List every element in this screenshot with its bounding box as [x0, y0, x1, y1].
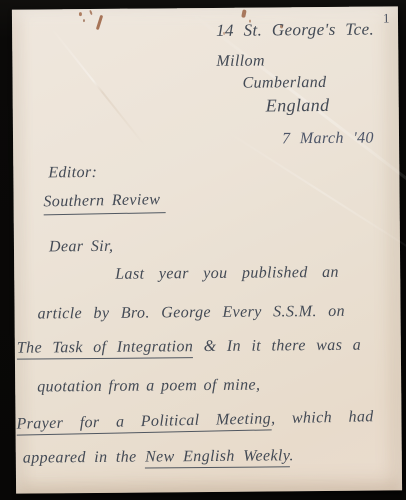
address-line-street: 14 St. George's Tce. — [216, 20, 374, 41]
poem-title: Prayer for a Political Meeting — [16, 410, 271, 435]
foxing-stain — [96, 15, 103, 30]
body-text: & In it there was a — [193, 337, 361, 355]
address-line-country: England — [266, 95, 330, 116]
page-number: 1 — [383, 8, 390, 28]
date-line: 7 March '40 — [282, 129, 374, 150]
body-text: Last year you published an — [115, 264, 339, 283]
letter-paper: 1 14 St. George's Tce. Millom Cumberland… — [12, 6, 402, 493]
body-text: . — [289, 447, 294, 464]
article-title: The Task of Integration — [17, 338, 194, 360]
foxing-stain — [83, 19, 85, 22]
paper-crease — [50, 27, 145, 146]
body-line-1: Last year you published an — [115, 263, 339, 285]
journal-title: New English Weekly — [145, 447, 290, 468]
recipient-label: Editor: — [48, 163, 97, 183]
body-line-6: appeared in the New English Weekly. — [23, 446, 294, 468]
body-text: , which had — [271, 408, 374, 427]
photo-background: 1 14 St. George's Tce. Millom Cumberland… — [0, 0, 406, 500]
foxing-stain — [89, 10, 93, 15]
publication-title: Southern Review — [43, 190, 165, 215]
body-line-5: Prayer for a Political Meeting, which ha… — [16, 407, 374, 434]
foxing-stain — [79, 12, 82, 16]
body-text: appeared in the — [23, 449, 145, 467]
body-line-2: article by Bro. George Every S.S.M. on — [37, 302, 345, 325]
body-line-4: quotation from a poem of mine, — [37, 376, 260, 398]
foxing-stain — [241, 9, 247, 18]
body-line-3: The Task of Integration & In it there wa… — [17, 336, 361, 359]
address-line-town: Millom — [216, 51, 265, 71]
salutation: Dear Sir, — [49, 237, 114, 258]
body-text: article by Bro. George Every S.S.M. on — [37, 303, 345, 323]
address-line-county: Cumberland — [242, 73, 326, 94]
body-text: quotation from a poem of mine, — [37, 377, 260, 396]
